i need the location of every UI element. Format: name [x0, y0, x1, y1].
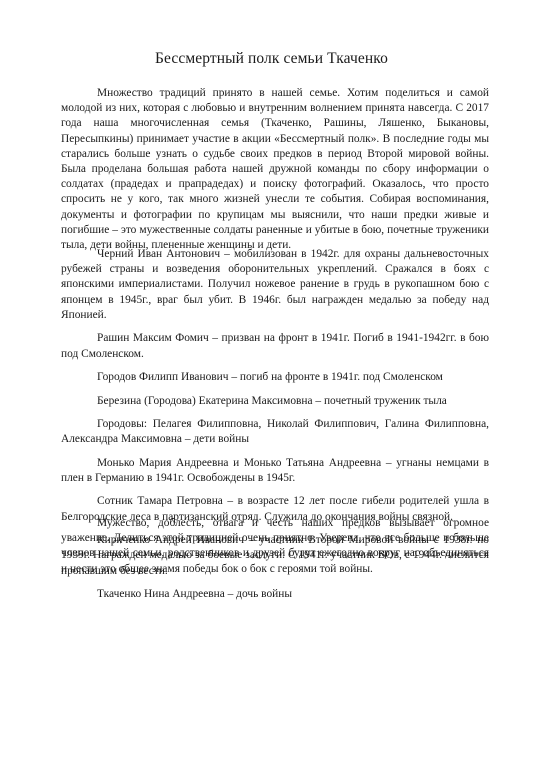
document-title: Бессмертный полк семьи Ткаченко [0, 50, 543, 68]
family-member-entry: Березина (Городова) Екатерина Максимовна… [61, 394, 489, 409]
intro-paragraph: Множество традиций принято в нашей семье… [61, 86, 489, 253]
family-member-entry: Ткаченко Нина Андреевна – дочь войны [61, 587, 489, 602]
family-member-entry: Городовы: Пелагея Филипповна, Николай Фи… [61, 417, 489, 447]
family-member-entry: Монько Мария Андреевна и Монько Татьяна … [61, 456, 489, 486]
closing-paragraph: Мужество, доблесть, отвага и честь наших… [61, 516, 489, 577]
document-page: Бессмертный полк семьи Ткаченко Множеств… [0, 0, 543, 768]
intro-section: Множество традиций принято в нашей семье… [61, 86, 489, 253]
family-member-entry: Городов Филипп Иванович – погиб на фронт… [61, 370, 489, 385]
family-member-entry: Рашин Максим Фомич – призван на фронт в … [61, 331, 489, 361]
closing-section: Мужество, доблесть, отвага и честь наших… [61, 516, 489, 577]
family-member-entry: Черний Иван Антонович – мобилизован в 19… [61, 247, 489, 323]
